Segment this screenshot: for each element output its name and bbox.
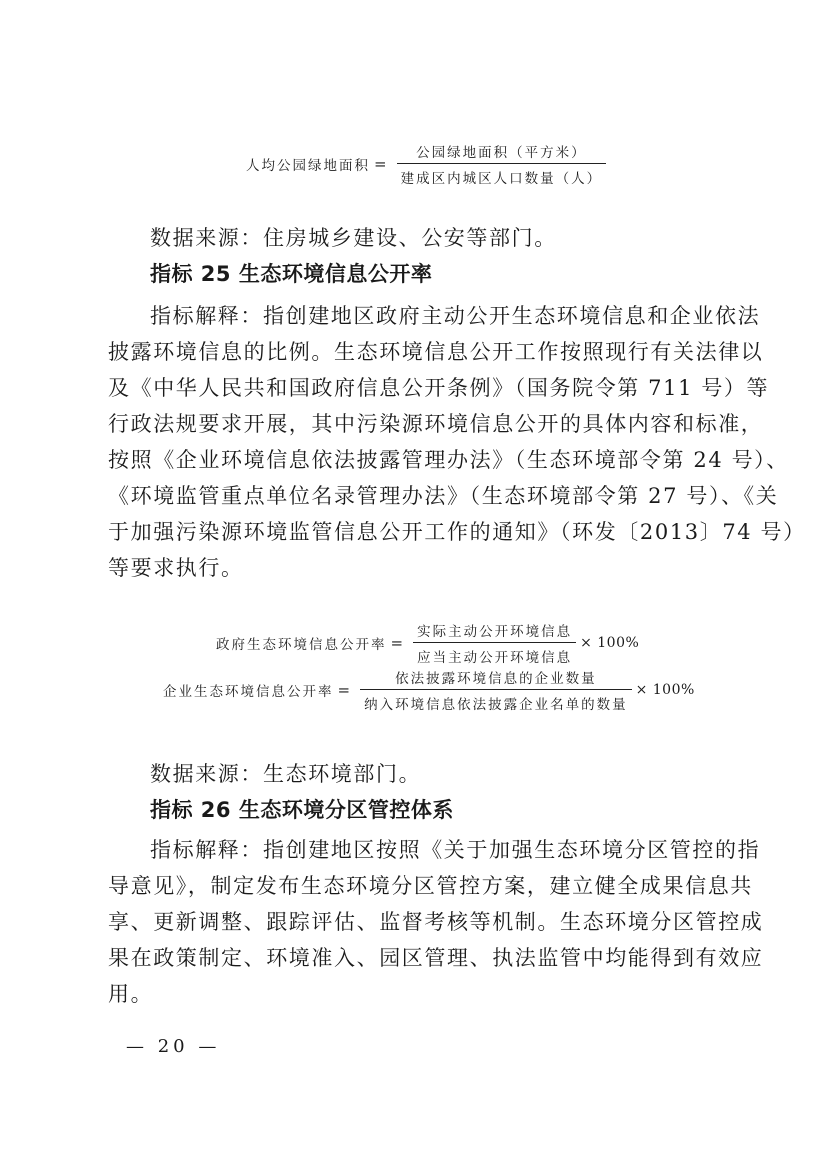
formula-lhs: 人均公园绿地面积: [246, 154, 370, 174]
formula-gov-disclosure-rate: 政府生态环境信息公开率 = 实际主动公开环境信息 应当主动公开环境信息 × 10…: [216, 620, 639, 666]
indicator-26-heading: 指标 26 生态环境分区管控体系: [150, 794, 454, 824]
numerator: 公园绿地面积（平方米）: [412, 141, 591, 163]
multiplier: × 100%: [580, 635, 639, 651]
data-source-eco-env: 数据来源：生态环境部门。: [108, 756, 722, 792]
indicator-25-heading: 指标 25 生态环境信息公开率: [150, 258, 432, 288]
equals-sign: =: [338, 681, 353, 699]
indicator-25-explanation: 指标解释：指创建地区政府主动公开生态环境信息和企业依法 披露环境信息的比例。生态…: [108, 298, 722, 586]
formula-enterprise-disclosure-rate: 企业生态环境信息公开率 = 依法披露环境信息的企业数量 纳入环境信息依法披露企业…: [163, 667, 695, 713]
formula-lhs: 政府生态环境信息公开率: [216, 633, 387, 653]
equals-sign: =: [391, 634, 406, 652]
formula-lhs: 企业生态环境信息公开率: [163, 680, 334, 700]
fraction: 依法披露环境信息的企业数量 纳入环境信息依法披露企业名单的数量: [360, 667, 632, 713]
data-source-housing: 数据来源：住房城乡建设、公安等部门。: [108, 220, 722, 256]
numerator: 实际主动公开环境信息: [413, 620, 576, 642]
formula-park-green-area: 人均公园绿地面积 = 公园绿地面积（平方米） 建成区内城区人口数量（人）: [246, 141, 610, 187]
multiplier: × 100%: [636, 682, 695, 698]
page-number: — 20 —: [126, 1036, 220, 1057]
indicator-26-explanation: 指标解释：指创建地区按照《关于加强生态环境分区管控的指 导意见》，制定发布生态环…: [108, 832, 722, 1012]
denominator: 应当主动公开环境信息: [413, 642, 576, 666]
denominator: 建成区内城区人口数量（人）: [397, 163, 607, 187]
denominator: 纳入环境信息依法披露企业名单的数量: [360, 689, 632, 713]
fraction: 实际主动公开环境信息 应当主动公开环境信息: [413, 620, 576, 666]
numerator: 依法披露环境信息的企业数量: [391, 667, 601, 689]
fraction: 公园绿地面积（平方米） 建成区内城区人口数量（人）: [397, 141, 607, 187]
equals-sign: =: [374, 155, 389, 173]
